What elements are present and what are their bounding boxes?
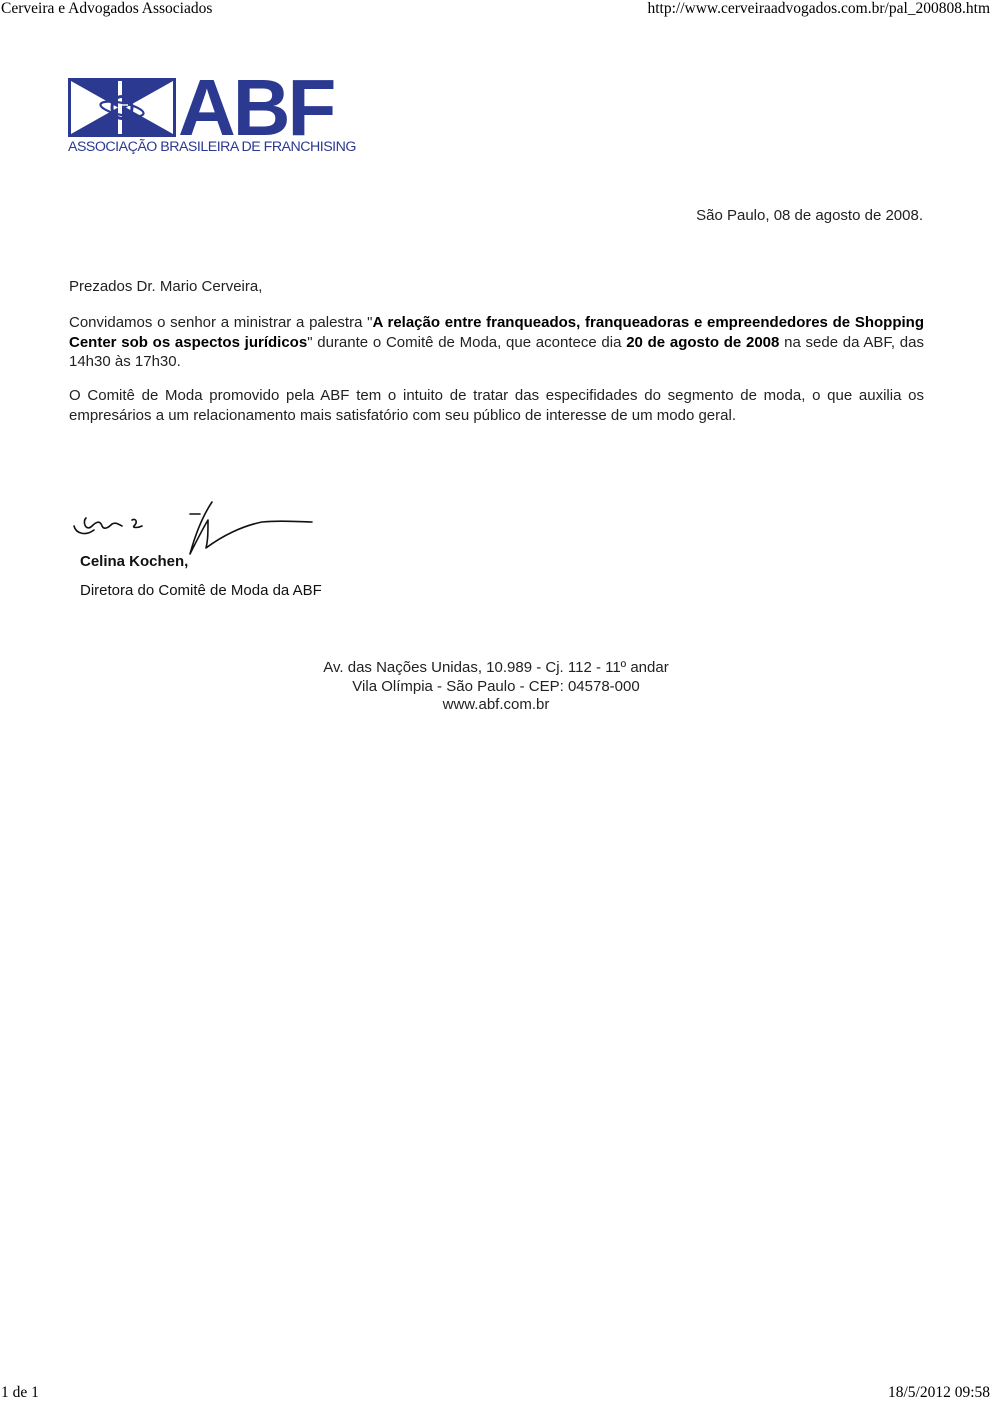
abf-emblem-icon <box>68 78 176 137</box>
letter-date: São Paulo, 08 de agosto de 2008. <box>696 207 923 224</box>
print-header-url: http://www.cerveiraadvogados.com.br/pal_… <box>648 0 991 18</box>
abf-acronym: ABF <box>178 68 333 148</box>
print-header-title: Cerveira e Advogados Associados <box>1 0 212 18</box>
committee-paragraph: O Comitê de Moda promovido pela ABF tem … <box>69 386 924 425</box>
invitation-text-pre: Convidamos o senhor a ministrar a palest… <box>69 314 372 331</box>
signer-title: Diretora do Comitê de Moda da ABF <box>80 582 322 599</box>
address-block: Av. das Nações Unidas, 10.989 - Cj. 112 … <box>246 659 746 715</box>
invitation-paragraph: Convidamos o senhor a ministrar a palest… <box>69 313 924 372</box>
abf-subtitle: ASSOCIAÇÃO BRASILEIRA DE FRANCHISING <box>68 139 356 155</box>
print-footer-page: 1 de 1 <box>1 1384 39 1402</box>
letter-salutation: Prezados Dr. Mario Cerveira, <box>69 278 262 295</box>
address-line-1: Av. das Nações Unidas, 10.989 - Cj. 112 … <box>246 659 746 678</box>
website-link[interactable]: www.abf.com.br <box>246 696 746 715</box>
invitation-text-mid: " durante o Comitê de Moda, que acontece… <box>307 334 626 351</box>
event-date: 20 de agosto de 2008 <box>626 334 779 351</box>
abf-logo: ABF ASSOCIAÇÃO BRASILEIRA DE FRANCHISING <box>68 78 340 158</box>
handwritten-signature-icon <box>72 496 317 558</box>
print-footer-timestamp: 18/5/2012 09:58 <box>888 1384 990 1402</box>
address-line-2: Vila Olímpia - São Paulo - CEP: 04578-00… <box>246 678 746 697</box>
signer-name: Celina Kochen, <box>80 553 188 570</box>
